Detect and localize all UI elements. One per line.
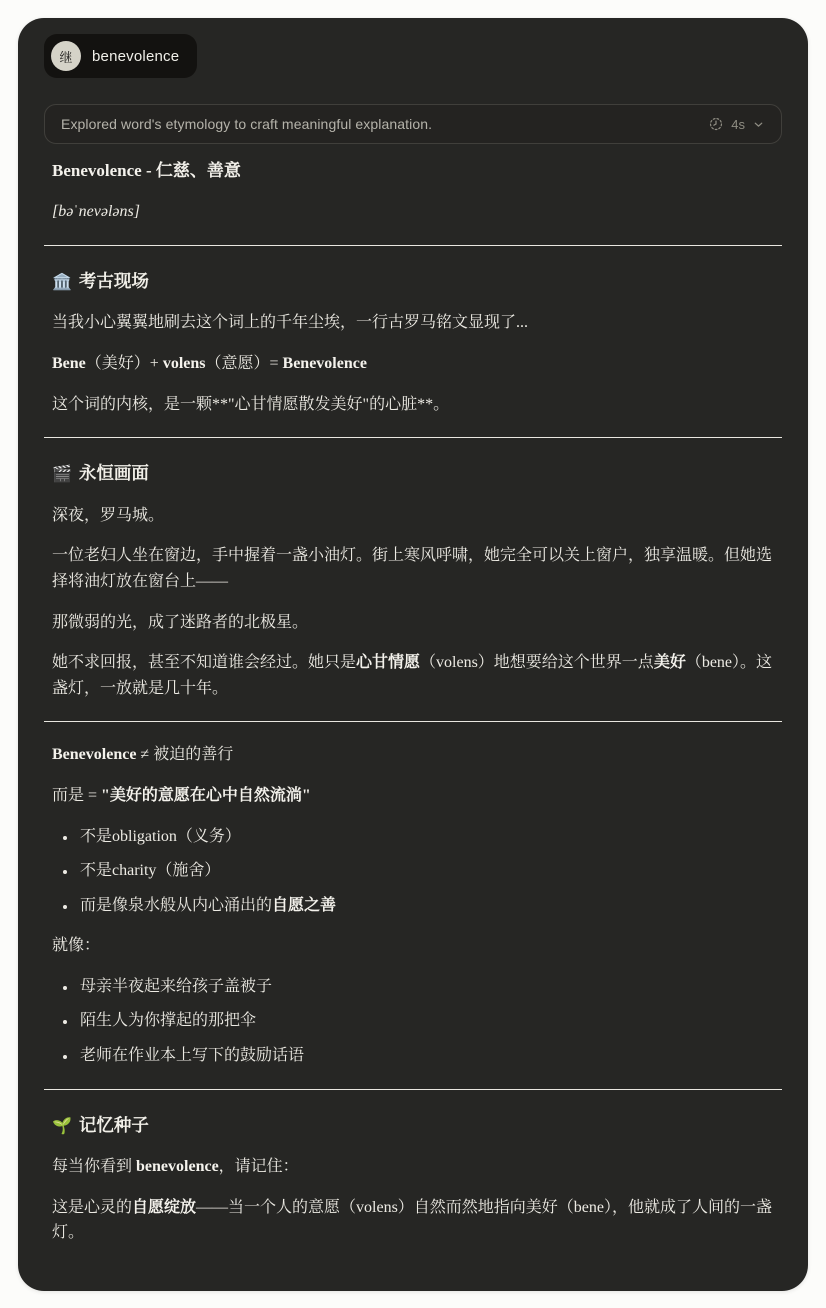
section-divider	[44, 437, 782, 438]
bold-text: 自愿之善	[272, 897, 336, 914]
assistant-message-panel: 继 benevolence Explored word's etymology …	[18, 18, 808, 1291]
text: 老师在作业本上写下的鼓励话语	[80, 1047, 304, 1064]
section-heading-eternal-scene: 🎬永恒画面	[52, 459, 774, 488]
paragraph: 每当你看到 benevolence，请记住：	[52, 1154, 774, 1180]
bold-text: Benevolence	[52, 746, 136, 763]
section-heading-label: 永恒画面	[79, 463, 149, 483]
bold-text: Benevolence - 仁慈、善意	[52, 161, 241, 180]
bold-text: volens	[163, 355, 206, 372]
text: 那微弱的光，成了迷路者的北极星。	[52, 614, 308, 631]
paragraph: 就像：	[52, 933, 774, 959]
word-chip-label: benevolence	[92, 48, 179, 65]
text: 不是charity（施舍）	[80, 862, 220, 879]
bold-text: 美好	[654, 654, 686, 671]
text: 一位老妇人坐在窗边，手中握着一盏小油灯。街上寒风呼啸，她完全可以关上窗户，独享温…	[52, 547, 772, 590]
text: 这是心灵的	[52, 1199, 132, 1216]
text: 而是像泉水般从内心涌出的	[80, 897, 272, 914]
text: 不是obligation（义务）	[80, 828, 241, 845]
text: （美好）+	[86, 355, 163, 372]
bullet-item: 陌生人为你撑起的那把伞	[77, 1008, 774, 1034]
text: 就像：	[52, 937, 100, 954]
section-heading-label: 考古现场	[79, 271, 149, 291]
bullet-item: 不是obligation（义务）	[77, 824, 774, 850]
text: 而是 =	[52, 787, 101, 804]
paragraph: 她不求回报，甚至不知道谁会经过。她只是心甘情愿（volens）地想要给这个世界一…	[52, 650, 774, 701]
bold-text: Bene	[52, 355, 86, 372]
thinking-duration: 4s	[708, 116, 765, 132]
section-divider	[44, 721, 782, 722]
text: ≠ 被迫的善行	[136, 746, 233, 763]
text: （volens）地想要给这个世界一点	[420, 654, 654, 671]
paragraph: 深夜，罗马城。	[52, 503, 774, 529]
text: 深夜，罗马城。	[52, 507, 164, 524]
clapper-board-icon: 🎬	[52, 466, 72, 483]
paragraph: 这是心灵的自愿绽放——当一个人的意愿（volens）自然而然地指向美好（bene…	[52, 1195, 774, 1246]
chevron-down-icon[interactable]	[752, 118, 765, 131]
definition-line: 而是 = "美好的意愿在心中自然流淌"	[52, 783, 774, 809]
bold-text: benevolence	[136, 1158, 219, 1175]
bold-text: Benevolence	[283, 355, 367, 372]
bullet-item: 母亲半夜起来给孩子盖被子	[77, 974, 774, 1000]
text: ，请记住：	[219, 1158, 299, 1175]
text: 陌生人为你撑起的那把伞	[80, 1012, 256, 1029]
bold-text: 心甘情愿	[356, 654, 420, 671]
italic-text: [bəˈnevələns]	[52, 203, 140, 220]
contrast-line: Benevolence ≠ 被迫的善行	[52, 742, 774, 768]
timer-icon	[708, 116, 724, 132]
paragraph: 这个词的内核，是一颗**"心甘情愿散发美好"的心脏**。	[52, 392, 774, 418]
paragraph: 那微弱的光，成了迷路者的北极星。	[52, 610, 774, 636]
markdown-content: Benevolence - 仁慈、善意[bəˈnevələns]🏛️考古现场当我…	[44, 157, 782, 1246]
word-chip[interactable]: 继 benevolence	[44, 34, 197, 78]
text: 她不求回报，甚至不知道谁会经过。她只是	[52, 654, 356, 671]
section-heading-archaeology: 🏛️考古现场	[52, 267, 774, 296]
section-divider	[44, 245, 782, 246]
phonetic: [bəˈnevələns]	[52, 199, 774, 225]
text: 每当你看到	[52, 1158, 136, 1175]
section-divider	[44, 1089, 782, 1090]
negation-list: 不是obligation（义务）不是charity（施舍）而是像泉水般从内心涌出…	[52, 824, 774, 919]
thinking-summary-bar[interactable]: Explored word's etymology to craft meani…	[44, 104, 782, 144]
paragraph: 一位老妇人坐在窗边，手中握着一盏小油灯。街上寒风呼啸，她完全可以关上窗户，独享温…	[52, 543, 774, 594]
etymology-formula: Bene（美好）+ volens（意愿）= Benevolence	[52, 351, 774, 377]
bold-text: "美好的意愿在心中自然流淌"	[101, 787, 311, 804]
bullet-item: 不是charity（施舍）	[77, 858, 774, 884]
word-title: Benevolence - 仁慈、善意	[52, 157, 774, 184]
section-heading-label: 记忆种子	[79, 1115, 149, 1135]
classical-building-icon: 🏛️	[52, 274, 72, 291]
text: （意愿）=	[205, 355, 282, 372]
word-chip-avatar: 继	[51, 41, 81, 71]
text: 母亲半夜起来给孩子盖被子	[80, 978, 272, 995]
bullet-item: 老师在作业本上写下的鼓励话语	[77, 1043, 774, 1069]
thinking-duration-label: 4s	[731, 117, 745, 132]
bullet-item: 而是像泉水般从内心涌出的自愿之善	[77, 893, 774, 919]
thinking-summary-text: Explored word's etymology to craft meani…	[61, 116, 432, 132]
bold-text: 自愿绽放	[132, 1199, 196, 1216]
examples-list: 母亲半夜起来给孩子盖被子陌生人为你撑起的那把伞老师在作业本上写下的鼓励话语	[52, 974, 774, 1069]
paragraph: 当我小心翼翼地刷去这个词上的千年尘埃，一行古罗马铭文显现了...	[52, 310, 774, 336]
seedling-icon: 🌱	[52, 1118, 72, 1135]
text: 这个词的内核，是一颗**"心甘情愿散发美好"的心脏**。	[52, 396, 449, 413]
text: 当我小心翼翼地刷去这个词上的千年尘埃，一行古罗马铭文显现了...	[52, 314, 528, 331]
